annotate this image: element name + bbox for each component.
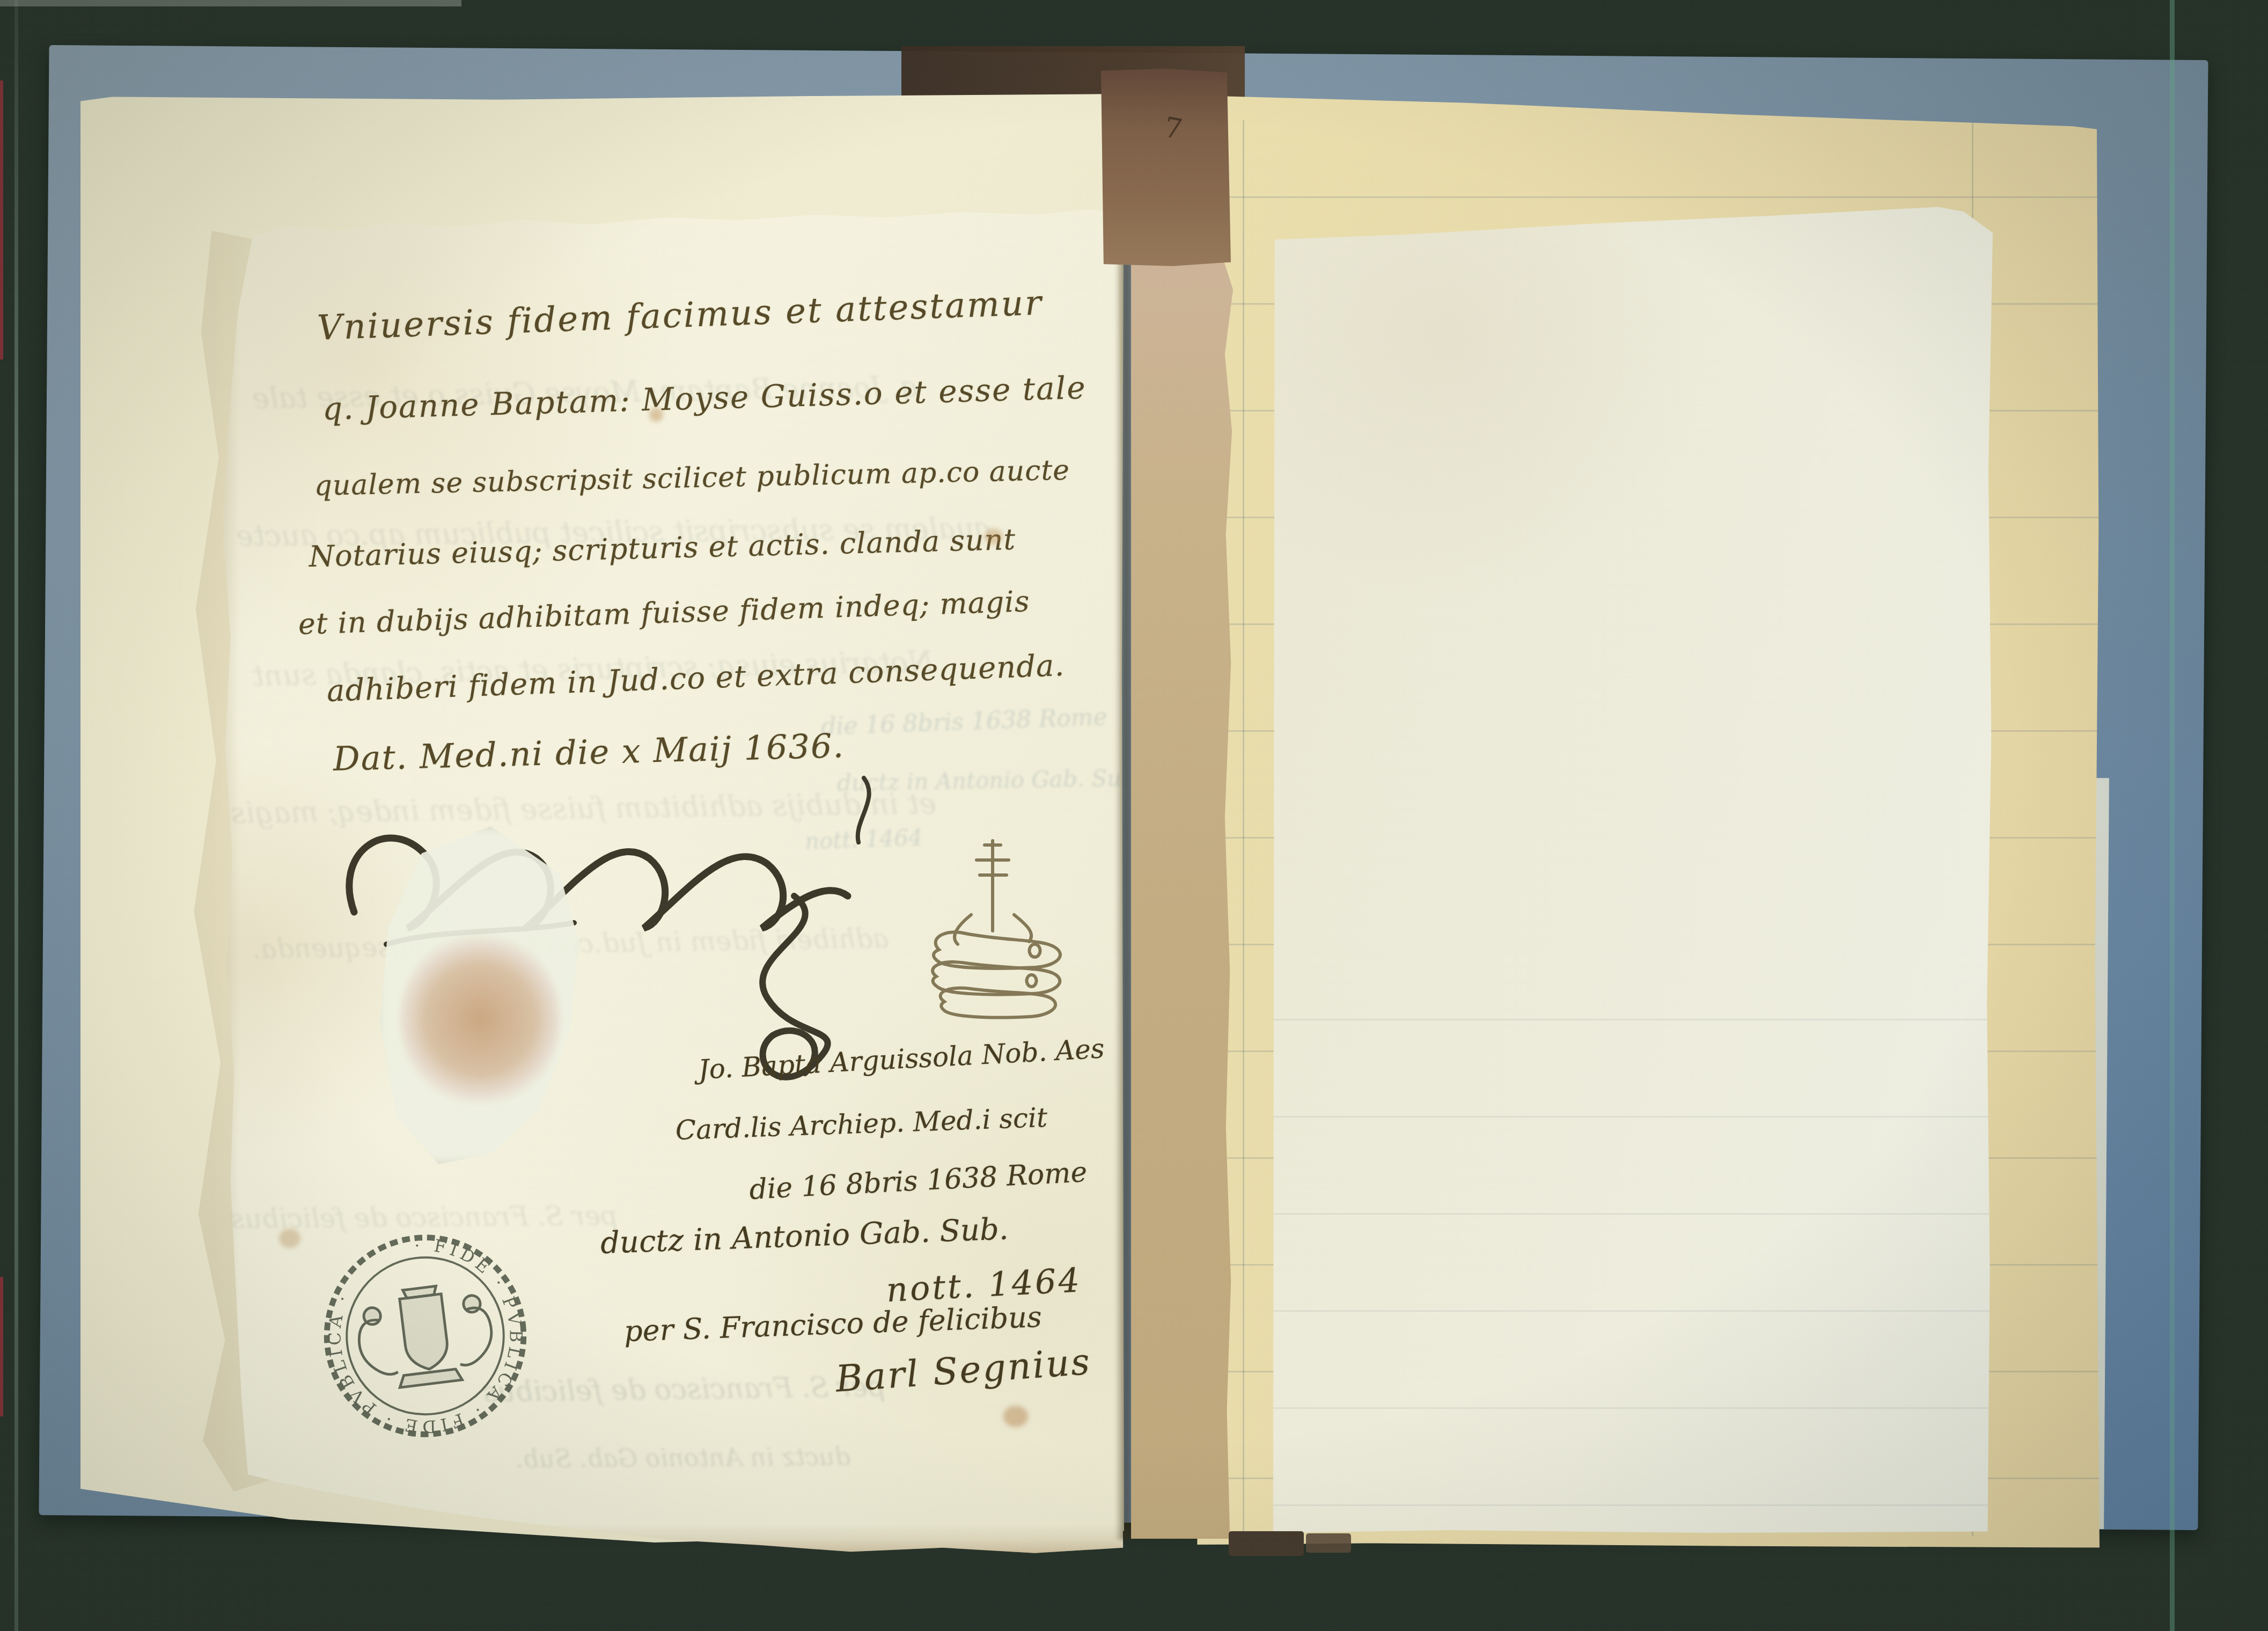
ruled-margin-line [1243,120,1244,1536]
spine-tape-stub [1306,1533,1351,1553]
folio-number: 7 [1162,112,1185,146]
faint-rule-lines [1267,923,1993,1536]
gutter-repair-tape [1131,251,1233,1539]
right-blank-leaf [1267,205,1993,1536]
foxing-spot [1003,1406,1028,1427]
circular-ink-stamp: · FIDE · PVBLICA · FIDE · PVBLICA · [307,1219,544,1452]
foxing-spot [649,408,663,422]
spine-tape-patch: 7 [1101,69,1231,266]
notarial-sign-emblem [907,834,1078,1033]
foxing-spot [279,1229,300,1248]
wax-seal-stain [400,931,561,1108]
scan-top-edge-strip [0,0,461,6]
spine-tape-stub [1229,1531,1304,1556]
archival-manuscript-photo: q. Joanne Baptam: Moyse Guiss.o et esse … [0,0,2268,1631]
foxing-spot [985,528,1003,545]
